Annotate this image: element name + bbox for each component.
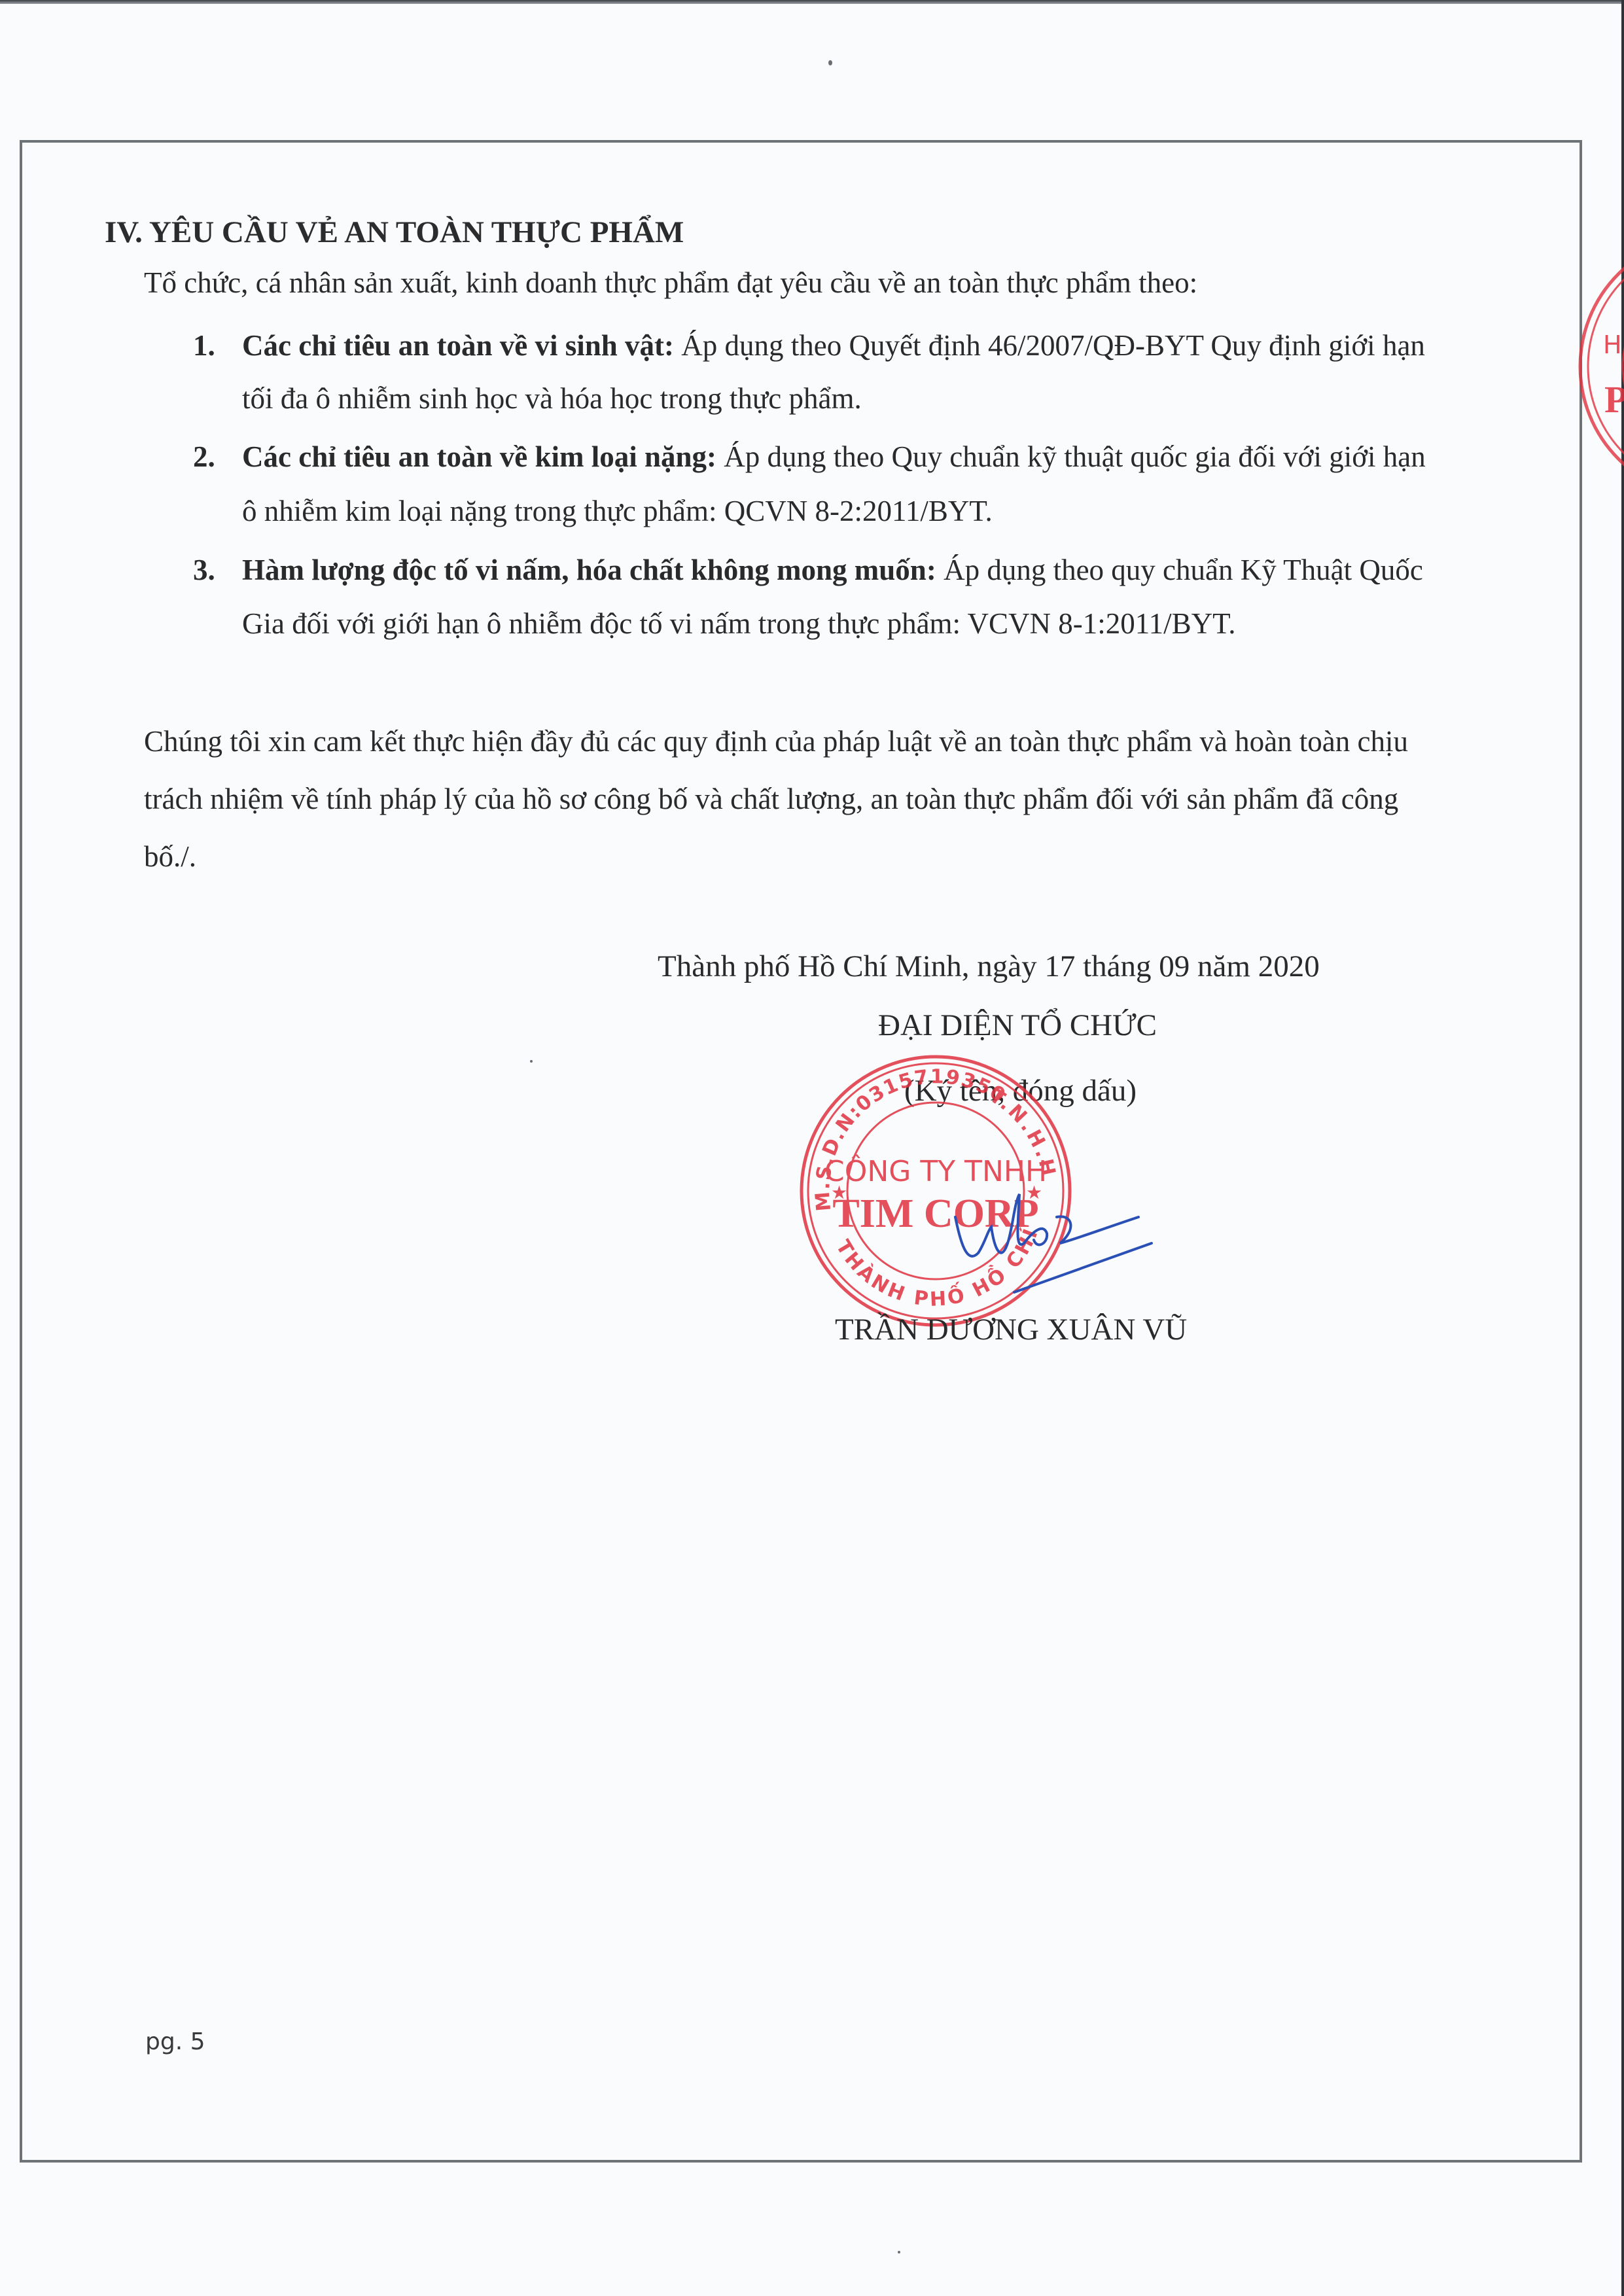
requirement-title: Hàm lượng độc tố vi nấm, hóa chất không … (242, 554, 936, 586)
requirement-text-continued: ô nhiễm kim loại nặng trong thực phẩm: Q… (242, 494, 993, 528)
requirement-text-continued: tối đa ô nhiễm sinh học và hóa học trong… (242, 381, 862, 415)
requirement-title: Các chỉ tiêu an toàn về vi sinh vật: (242, 329, 674, 362)
signatory-title: ĐẠI DIỆN TỔ CHỨC (878, 1008, 1157, 1043)
svg-text:H: H (1603, 330, 1622, 359)
requirement-item: Các chỉ tiêu an toàn về kim loại nặng: Á… (242, 440, 1426, 474)
handwritten-signature (942, 1191, 1165, 1309)
requirement-item: Hàm lượng độc tố vi nấm, hóa chất không … (242, 553, 1423, 587)
svg-text:P: P (1604, 378, 1624, 421)
requirement-number: 2. (193, 440, 215, 474)
requirement-number: 1. (193, 328, 215, 362)
commitment-line: Chúng tôi xin cam kết thực hiện đầy đủ c… (144, 724, 1408, 758)
scan-edge-top (0, 0, 1624, 4)
commitment-line: trách nhiệm về tính pháp lý của hồ sơ cô… (144, 782, 1398, 816)
scan-speck (828, 60, 832, 65)
requirement-title: Các chỉ tiêu an toàn về kim loại nặng: (242, 440, 716, 473)
section-heading: IV. YÊU CẦU VẺ AN TOÀN THỰC PHẨM (105, 215, 684, 250)
intro-text: Tổ chức, cá nhân sản xuất, kinh doanh th… (144, 268, 1197, 298)
place-date: Thành phố Hồ Chí Minh, ngày 17 tháng 09 … (658, 949, 1320, 984)
scan-speck (898, 2251, 900, 2253)
requirement-text-continued: Gia đối với giới hạn ô nhiễm độc tố vi n… (242, 607, 1236, 641)
page-number: pg. 5 (145, 2028, 205, 2055)
svg-text:CÔNG TY TNHH: CÔNG TY TNHH (824, 1154, 1047, 1188)
edge-stamp-fragment: H P (1570, 222, 1624, 510)
requirement-text: Áp dụng theo quy chuẩn Kỹ Thuật Quốc (936, 554, 1423, 586)
requirement-text: Áp dụng theo Quyết định 46/2007/QĐ-BYT Q… (674, 329, 1425, 362)
signatory-name: TRẦN DƯƠNG XUÂN VŨ (835, 1312, 1187, 1347)
requirement-number: 3. (193, 553, 215, 587)
commitment-line: bố./. (144, 839, 196, 874)
requirement-text: Áp dụng theo Quy chuẩn kỹ thuật quốc gia… (716, 440, 1426, 473)
requirement-item: Các chỉ tiêu an toàn về vi sinh vật: Áp … (242, 328, 1425, 362)
